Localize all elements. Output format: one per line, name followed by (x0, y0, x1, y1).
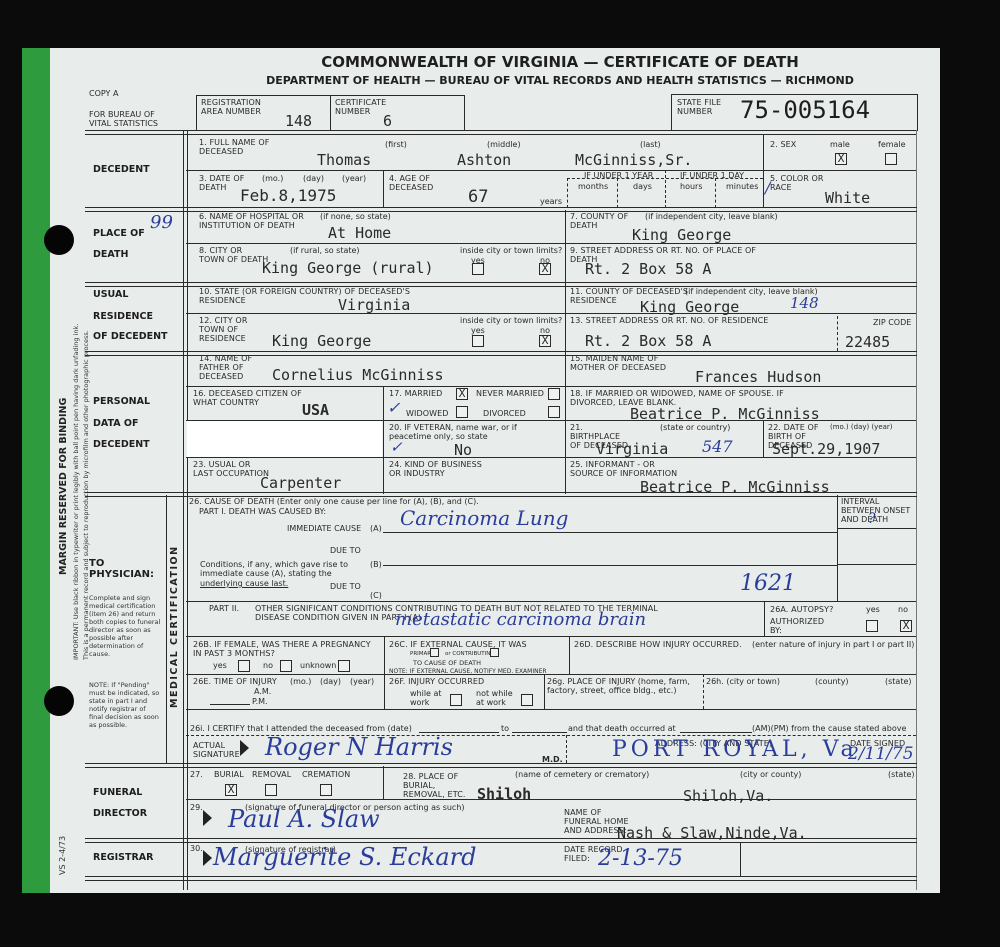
middle-label: (middle) (487, 140, 521, 149)
injury-description-hint: (enter nature of injury in part I or par… (752, 640, 914, 649)
date-signed: 2/11/75 (848, 744, 914, 764)
section-personal: PERSONAL (93, 396, 150, 407)
part1-label: PART I. DEATH WAS CAUSED BY: (199, 507, 326, 516)
section-registrar: REGISTRAR (93, 852, 153, 863)
divider (565, 285, 566, 355)
section-residence-3: OF DECEDENT (93, 331, 168, 342)
business-label: 24. KIND OF BUSINESS OR INDUSTRY (389, 460, 489, 478)
redacted-field (187, 421, 382, 457)
hospital-hint: (if none, so state) (320, 212, 391, 221)
c-label: (C) (370, 591, 382, 600)
injury-state-label: (state) (885, 677, 912, 686)
field-29-label: 29. (190, 803, 203, 812)
divider (837, 495, 838, 601)
divider (383, 386, 384, 494)
marital-check-mark: ✓ (387, 398, 400, 417)
sex-label: 2. SEX (770, 140, 796, 149)
cause-a-value: Carcinoma Lung (400, 506, 568, 530)
punch-hole-bottom (44, 686, 74, 716)
city-residence-label: 12. CITY OR TOWN OF RESIDENCE (199, 316, 269, 343)
informant-label: 25. INFORMANT - OR SOURCE OF INFORMATION (570, 460, 690, 478)
place-of-injury-label: 26g. PLACE OF INJURY (home, farm, factor… (547, 677, 697, 695)
birth-date-hint: (mo.) (day) (year) (830, 423, 893, 432)
last-label: (last) (640, 140, 661, 149)
never-married-label: NEVER MARRIED (476, 389, 544, 398)
never-married-checkbox[interactable] (548, 388, 560, 400)
divider (567, 178, 568, 208)
document-subtitle: DEPARTMENT OF HEALTH — BUREAU OF VITAL R… (180, 74, 940, 87)
divider (569, 636, 570, 674)
married-checkbox[interactable]: X (456, 388, 468, 400)
section-residence: USUAL (93, 289, 128, 300)
section-residence-2: RESIDENCE (93, 311, 153, 322)
rule (837, 528, 916, 529)
pregnancy-label: 26b. IF FEMALE, WAS THERE A PREGNANCY IN… (193, 640, 373, 658)
birth-date-value: Sept.29,1907 (772, 440, 880, 458)
divider (383, 766, 384, 800)
section-to-physician: TO (89, 558, 104, 569)
city-residence-value: King George (272, 332, 371, 350)
physician-signature[interactable]: Roger N Harris (265, 733, 453, 761)
female-label: female (878, 140, 906, 149)
registration-area-label: REGISTRATION AREA NUMBER (201, 98, 281, 116)
widowed-label: WIDOWED (406, 409, 449, 418)
rule (85, 838, 917, 843)
contributing-label: or CONTRIBUTING (445, 650, 495, 659)
birthplace-mark: 547 (702, 437, 733, 456)
divider (384, 636, 385, 709)
occurred-label: and that death occurred at (568, 724, 676, 733)
pregnancy-yes-checkbox[interactable] (238, 660, 250, 672)
burial-checkbox[interactable]: X (225, 784, 237, 796)
divider (763, 420, 764, 458)
binding-strip (22, 48, 50, 893)
first-label: (first) (385, 140, 407, 149)
divider (617, 178, 618, 208)
registrar-signature[interactable]: Marguerite S. Eckard (213, 843, 477, 871)
rule (85, 763, 917, 768)
b-label: (B) (370, 560, 382, 569)
copy-for-label: FOR BUREAU OF VITAL STATISTICS (89, 110, 179, 128)
rule (186, 457, 916, 458)
inside-limits-label: inside city or town limits? (460, 246, 562, 255)
zip-value: 22485 (845, 333, 890, 351)
punch-hole-top (44, 225, 74, 255)
document-title: COMMONWEALTH OF VIRGINIA — CERTIFICATE O… (180, 53, 940, 71)
part2-label: PART II. (209, 604, 239, 613)
veteran-label: 20. IF VETERAN, name war, or if peacetim… (389, 423, 539, 441)
street-residence-value: Rt. 2 Box 58 A (585, 332, 711, 350)
divider (703, 674, 704, 709)
birthplace-hint: (state or country) (660, 423, 730, 432)
mo-label: (mo.) (262, 174, 283, 183)
injury-year-label: (year) (350, 677, 374, 686)
divider (566, 735, 567, 763)
contributing-checkbox[interactable] (490, 648, 499, 657)
cremation-checkbox[interactable] (320, 784, 332, 796)
time-line (680, 732, 752, 733)
citizen-value: USA (302, 401, 329, 419)
married-label: 17. MARRIED (389, 389, 442, 398)
time-of-injury-label: 26e. TIME OF INJURY (193, 677, 277, 686)
primary-checkbox[interactable] (430, 648, 439, 657)
rule (186, 243, 916, 244)
external-cause-label: 26c. IF EXTERNAL CAUSE, IT WAS (389, 640, 527, 649)
hospital-label: 6. NAME OF HOSPITAL OR INSTITUTION OF DE… (199, 212, 309, 230)
section-decedent: DECEDENT (93, 164, 150, 175)
yes-label-2: yes (471, 326, 485, 335)
rule (186, 386, 916, 387)
underlying-note: underlying cause last. (200, 579, 288, 588)
last-name: McGinniss,Sr. (575, 151, 692, 169)
a-label: (A) (370, 524, 382, 533)
middle-name: Ashton (457, 151, 511, 169)
inside-limits-no-checkbox[interactable]: X (539, 263, 551, 275)
cemetery-hint: (name of cemetery or crematory) (515, 770, 649, 779)
day-label: (day) (303, 174, 324, 183)
cause-a-line (383, 532, 838, 533)
divider (837, 316, 838, 351)
state-file-label: STATE FILE NUMBER (677, 98, 722, 116)
county-of-death-label: 7. COUNTY OF DEATH (570, 212, 630, 230)
section-personal-3: DECEDENT (93, 439, 150, 450)
county-of-death-value: King George (632, 226, 731, 244)
date-line (512, 732, 567, 733)
rule (186, 601, 916, 602)
date-of-death: Feb.8,1975 (240, 186, 336, 205)
removal-label: REMOVAL (252, 770, 291, 779)
director-arrow-icon (203, 810, 212, 826)
immediate-cause-label: IMMEDIATE CAUSE (287, 524, 361, 533)
section-funeral: FUNERAL (93, 787, 142, 798)
under-year-label: IF UNDER 1 YEAR (584, 171, 653, 180)
pending-note: NOTE: If "Pending" must be indicated, so… (89, 681, 161, 729)
residence-limits-no-checkbox[interactable]: X (539, 335, 551, 347)
pregnancy-unknown-checkbox[interactable] (338, 660, 350, 672)
injury-mo-label: (mo.) (290, 677, 311, 686)
cause-code-mark: 1621 (740, 571, 796, 596)
registrar-arrow-icon (203, 850, 212, 866)
street-of-death-value: Rt. 2 Box 58 A (585, 260, 711, 278)
rule (186, 709, 916, 710)
ampm-label: (AM)(PM) from the cause stated above (752, 724, 906, 733)
autopsy-no-label: no (898, 605, 908, 614)
city-county-hint: (city or county) (740, 770, 801, 779)
pregnancy-no-label: no (263, 661, 273, 670)
binding-margin-label: MARGIN RESERVED FOR BINDING (58, 398, 69, 575)
divider (544, 674, 545, 709)
not-while-at-work-label: not while at work (476, 689, 516, 707)
divider (565, 354, 566, 494)
field-1-label: 1. FULL NAME OF DECEASED (199, 138, 279, 156)
residence-limits-yes-checkbox[interactable] (472, 335, 484, 347)
citizen-label: 16. DECEASED CITIZEN OF WHAT COUNTRY (193, 389, 303, 407)
section-to-physician-2: PHYSICIAN: (89, 569, 154, 580)
to-label: to (501, 724, 509, 733)
actual-signature-label: ACTUAL SIGNATURE (193, 741, 243, 759)
pregnancy-no-checkbox[interactable] (280, 660, 292, 672)
part2-value: metastatic carcinoma brain (395, 609, 646, 630)
certificate-number-value: 6 (383, 112, 392, 130)
registration-area-value: 148 (285, 112, 312, 130)
race-label: 5. COLOR OR RACE (770, 174, 830, 192)
county-mark: 148 (790, 294, 819, 312)
city-of-death-label: 8. CITY OR TOWN OF DEATH (199, 246, 269, 264)
burial-label: BURIAL (214, 770, 244, 779)
field-30-label: 30. (190, 844, 203, 853)
divorced-label: DIVORCED (483, 409, 526, 418)
due-to-label: DUE TO (330, 546, 361, 555)
rule (186, 636, 916, 637)
rule (186, 313, 916, 314)
authorized-label: AUTHORIZED BY: (770, 617, 830, 635)
year-label: (year) (342, 174, 366, 183)
state-residence-value: Virginia (338, 296, 410, 314)
divider (763, 170, 764, 208)
burial-state-hint: (state) (888, 770, 915, 779)
days-label: days (633, 182, 652, 191)
under-day-label: IF UNDER 1 DAY (680, 171, 744, 180)
while-at-work-label: while at work (410, 689, 450, 707)
father-label: 14. NAME OF FATHER OF DECEASED (199, 354, 269, 381)
cremation-label: CREMATION (302, 770, 350, 779)
hospital-value: At Home (328, 224, 391, 242)
not-while-at-work-checkbox[interactable] (521, 694, 533, 706)
sex-female-checkbox[interactable] (885, 153, 897, 165)
section-place-of-death-2: DEATH (93, 249, 128, 260)
occupation-value: Carpenter (260, 474, 341, 492)
cause-of-death-label: 26. CAUSE OF DEATH (Enter only one cause… (189, 497, 589, 506)
section-place-of-death: PLACE OF (93, 228, 145, 239)
city-of-death-value: King George (rural) (262, 259, 434, 277)
hours-label: hours (680, 182, 703, 191)
inside-limits-label-2: inside city or town limits? (460, 316, 562, 325)
zip-label: ZIP CODE (873, 318, 911, 327)
divider (330, 95, 331, 130)
age-value: 67 (468, 187, 488, 207)
divider (665, 170, 667, 208)
disposition-label: 27. (190, 770, 203, 779)
pregnancy-unknown-label: unknown (300, 661, 336, 670)
divider (763, 134, 764, 170)
race-value: White (825, 189, 870, 207)
place-of-burial-label: 28. PLACE OF BURIAL, REMOVAL, ETC. (403, 772, 478, 799)
injury-city-label: 26h. (city or town) (706, 677, 780, 686)
time-line (210, 704, 250, 705)
injury-description-label: 26d. DESCRIBE HOW INJURY OCCURRED. (574, 640, 742, 649)
autopsy-yes-label: yes (866, 605, 880, 614)
mother-value: Frances Hudson (695, 368, 821, 386)
form-code: VS 2-4/73 (58, 836, 67, 875)
rule (85, 876, 917, 881)
conditions-note: Conditions, if any, which gave rise to i… (200, 560, 360, 578)
sex-male-checkbox[interactable]: X (835, 153, 847, 165)
signature-arrow-icon (240, 740, 249, 756)
due-to-label-2: DUE TO (330, 582, 361, 591)
autopsy-yes-checkbox[interactable] (866, 620, 878, 632)
veteran-check-mark: ✓ (390, 438, 403, 456)
autopsy-no-checkbox[interactable]: X (900, 620, 912, 632)
minutes-label: minutes (726, 182, 758, 191)
rule-vertical (183, 130, 188, 890)
widowed-checkbox[interactable] (456, 406, 468, 418)
medical-certification-label: MEDICAL CERTIFICATION (169, 545, 180, 708)
street-residence-label: 13. STREET ADDRESS OR RT. NO. OF RESIDEN… (570, 316, 770, 325)
injury-day-label: (day) (320, 677, 341, 686)
interval-value: ? (868, 511, 876, 527)
while-at-work-checkbox[interactable] (450, 694, 462, 706)
physician-address: PORT ROYAL, Va (612, 737, 858, 762)
rule (186, 170, 916, 171)
date-filed: 2-13-75 (598, 846, 683, 871)
divider (166, 495, 167, 763)
state-file-number: 75-005164 (740, 96, 870, 124)
section-funeral-2: DIRECTOR (93, 808, 147, 819)
months-label: months (578, 182, 608, 191)
autopsy-label: 26a. AUTOPSY? (770, 605, 833, 614)
race-mark: / (765, 178, 770, 197)
injury-county-label: (county) (815, 677, 849, 686)
interval-label: INTERVAL BETWEEN ONSET AND DEATH (841, 497, 921, 524)
years-label: years (540, 197, 562, 206)
first-name: Thomas (317, 151, 371, 169)
important-note-1: IMPORTANT: Use black ribbon in typewrite… (72, 324, 80, 660)
divider (383, 170, 384, 208)
rule (186, 799, 916, 800)
am-label: A.M. (254, 687, 271, 696)
divider (764, 601, 765, 636)
pregnancy-yes-label: yes (213, 661, 227, 670)
cemetery-location: Shiloh,Va. (683, 787, 773, 805)
divider (715, 178, 716, 208)
divider (740, 842, 741, 877)
pm-label: P.M. (252, 697, 268, 706)
rule (837, 564, 916, 565)
removal-checkbox[interactable] (265, 784, 277, 796)
rule (186, 674, 916, 675)
father-value: Cornelius McGinniss (272, 366, 444, 384)
male-label: male (830, 140, 850, 149)
cemetery-value: Shiloh (477, 785, 531, 803)
certify-label: 26i. I CERTIFY that I attended the decea… (190, 724, 412, 733)
rule (85, 130, 917, 135)
physician-instructions: Complete and sign medical certification … (89, 594, 161, 658)
divider (565, 210, 566, 285)
place-margin-mark: 99 (150, 212, 173, 233)
age-label: 4. AGE OF DECEASED (389, 174, 449, 192)
divorced-checkbox[interactable] (548, 406, 560, 418)
city-hint: (if rural, so state) (290, 246, 360, 255)
injury-occurred-label: 26f. INJURY OCCURRED (389, 677, 484, 686)
cause-b-line (383, 565, 838, 566)
section-personal-2: DATA OF (93, 418, 138, 429)
copy-label: COPY A (89, 89, 118, 98)
birthplace-value: Virginia (596, 440, 668, 458)
county-hint: (if independent city, leave blank) (645, 212, 778, 221)
director-signature[interactable]: Paul A. Slaw (228, 805, 380, 833)
mother-label: 15. MAIDEN NAME OF MOTHER OF DECEASED (570, 354, 670, 372)
inside-limits-yes-checkbox[interactable] (472, 263, 484, 275)
